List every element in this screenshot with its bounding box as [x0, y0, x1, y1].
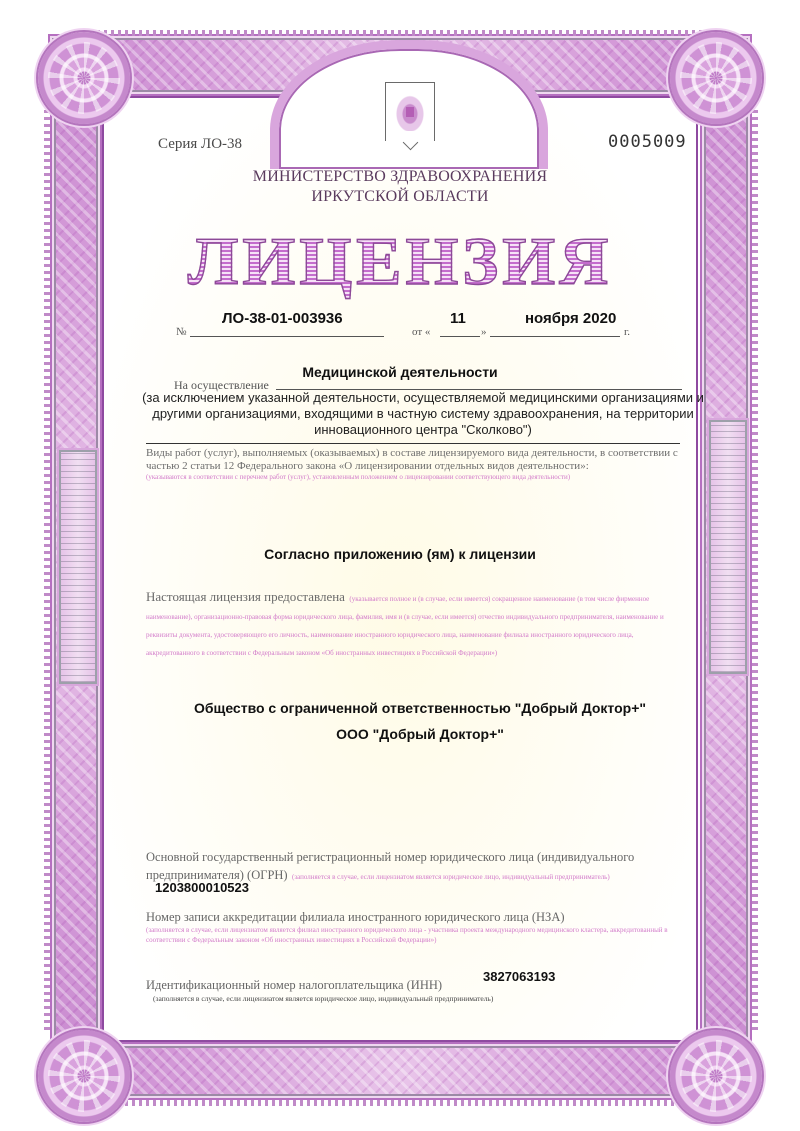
- date-month-underline: [490, 336, 620, 337]
- org-short-name: ООО "Добрый Доктор+": [0, 726, 800, 742]
- frame-dots-bottom: [90, 1100, 710, 1106]
- issuer-line-2: ИРКУТСКОЙ ОБЛАСТИ: [0, 188, 800, 206]
- issuer-line-1: МИНИСТЕРСТВО ЗДРАВООХРАНЕНИЯ: [0, 168, 800, 186]
- blank-number: 0005009: [608, 132, 687, 152]
- frame-border-bottom: [48, 1042, 752, 1100]
- russian-coat-of-arms-icon: [385, 82, 435, 141]
- date-day-underline: [440, 336, 480, 337]
- inn-label: Идентификационный номер налогоплательщик…: [146, 978, 442, 993]
- works-label: Виды работ (услуг), выполняемых (оказыва…: [146, 447, 680, 473]
- licensed-activity: Медицинской деятельности: [0, 364, 800, 380]
- works-section: Виды работ (услуг), выполняемых (оказыва…: [146, 447, 680, 481]
- frame-dots-top: [90, 30, 710, 36]
- nza-label: Номер записи аккредитации филиала иностр…: [146, 910, 680, 925]
- section-divider: [146, 443, 680, 444]
- nza-note: (заполняется в случае, если лицензиатом …: [146, 925, 680, 945]
- rosette-ornament-icon: [670, 32, 762, 124]
- works-value: Согласно приложению (ям) к лицензии: [0, 546, 800, 562]
- ogrn-value: 1203800010523: [155, 880, 249, 895]
- nza-section: Номер записи аккредитации филиала иностр…: [146, 910, 680, 945]
- rosette-ornament-icon: [38, 1030, 130, 1122]
- activity-exception: (за исключением указанной деятельности, …: [138, 390, 708, 438]
- document-title: ЛИЦЕНЗИЯ: [0, 222, 800, 301]
- works-note: (указываются в соответствии с перечнем р…: [146, 473, 680, 481]
- inn-note: (заполняется в случае, если лицензиатом …: [153, 994, 493, 1003]
- date-from-label: от «: [412, 326, 430, 338]
- license-number: ЛО-38-01-003936: [222, 310, 343, 327]
- licensee-section: Настоящая лицензия предоставлена (указыв…: [146, 588, 680, 660]
- org-full-name: Общество с ограниченной ответственностью…: [0, 700, 800, 716]
- granted-label: Настоящая лицензия предоставлена: [146, 589, 345, 604]
- number-label: №: [176, 326, 187, 338]
- number-underline: [190, 336, 384, 337]
- double-headed-eagle-icon: [394, 93, 426, 131]
- rosette-ornament-icon: [670, 1030, 762, 1122]
- date-day: 11: [450, 310, 466, 327]
- side-ornament-panel-left: [59, 450, 97, 684]
- granted-note: (указывается полное и (в случае, если им…: [146, 595, 664, 657]
- year-suffix: г.: [624, 326, 630, 338]
- series-label: Серия ЛО-38: [158, 136, 242, 153]
- rosette-ornament-icon: [38, 32, 130, 124]
- inn-value: 3827063193: [483, 969, 555, 984]
- date-month-year: ноября 2020: [525, 310, 616, 327]
- ogrn-note: (заполняется в случае, если лицензиатом …: [292, 873, 610, 881]
- date-close-quote: »: [481, 326, 487, 338]
- frame-inner-line-bottom: [104, 1040, 696, 1042]
- ogrn-section: Основной государственный регистрационный…: [146, 848, 680, 884]
